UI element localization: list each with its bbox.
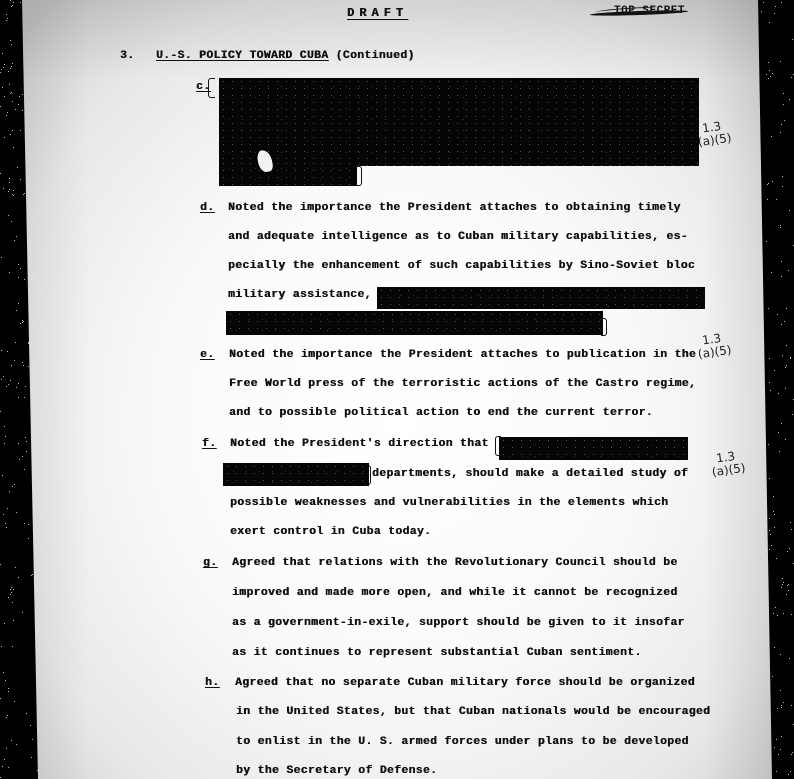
paragraph-f-line-1: Noted the President's direction that: [230, 438, 489, 450]
redaction-bracket-open: [208, 78, 215, 98]
paragraph-d-line-4: military assistance,: [228, 289, 372, 301]
section-number: 3.: [120, 50, 134, 62]
paragraph-d-line-2: and adequate intelligence as to Cuban mi…: [228, 231, 688, 243]
redaction-block-c-1: [219, 78, 699, 166]
paragraph-e-line-3: and to possible political action to end …: [229, 407, 653, 419]
redaction-block-f-1: [499, 437, 688, 460]
paragraph-letter-d: d.: [200, 202, 214, 214]
classification-marking-struck: TOP SECRET: [590, 8, 688, 18]
redaction-block-c-2: [219, 160, 357, 186]
section-heading: 3. U.-S. POLICY TOWARD CUBA (Continued): [120, 50, 415, 62]
paragraph-h-line-3: to enlist in the U. S. armed forces unde…: [236, 736, 689, 748]
paragraph-h-line-2: in the United States, but that Cuban nat…: [236, 706, 710, 718]
paragraph-d-line-1: Noted the importance the President attac…: [228, 202, 681, 214]
paragraph-letter-g: g.: [203, 557, 217, 569]
paragraph-e-line-1: Noted the importance the President attac…: [229, 349, 696, 361]
redaction-bracket-close: [601, 318, 607, 336]
paragraph-letter-e: e.: [200, 349, 214, 361]
paragraph-d-line-3: pecially the enhancement of such capabil…: [228, 260, 695, 272]
paragraph-f-line-3: possible weaknesses and vulnerabilities …: [230, 497, 668, 509]
paragraph-g-line-4: as it continues to represent substantial…: [232, 647, 642, 659]
redaction-block-d-1: [377, 287, 705, 309]
paragraph-g-line-3: as a government-in-exile, support should…: [232, 617, 685, 629]
paragraph-f-line-4: exert control in Cuba today.: [230, 526, 431, 538]
scanned-document-page: DRAFT TOP SECRET 3. U.-S. POLICY TOWARD …: [0, 0, 794, 779]
paragraph-letter-h: h.: [205, 677, 219, 689]
paragraph-e-line-2: Free World press of the terroristic acti…: [229, 378, 696, 390]
paragraph-g-line-2: improved and made more open, and while i…: [232, 587, 678, 599]
paragraph-f-line-2: departments, should make a detailed stud…: [372, 468, 688, 480]
section-suffix: (Continued): [336, 50, 415, 62]
redaction-bracket-close: [356, 166, 362, 186]
redaction-bracket-close: [365, 465, 371, 485]
paragraph-letter-f: f.: [202, 438, 216, 450]
paragraph-h-line-4: by the Secretary of Defense.: [236, 765, 437, 777]
redaction-block-d-2: [226, 311, 603, 335]
section-title: U.-S. POLICY TOWARD CUBA: [156, 50, 328, 62]
redaction-block-f-2: [223, 463, 369, 486]
paragraph-g-line-1: Agreed that relations with the Revolutio…: [232, 557, 678, 569]
paragraph-h-line-1: Agreed that no separate Cuban military f…: [235, 677, 695, 689]
draft-header: DRAFT: [347, 6, 408, 20]
